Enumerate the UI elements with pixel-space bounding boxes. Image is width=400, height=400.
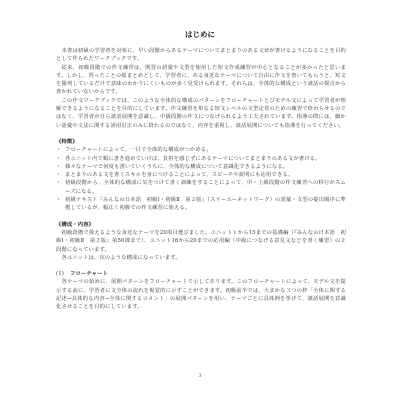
feature-item: 各ユニット内で順に書き進めていけば、負担を感じずにあるテーマについてまとまりのあ… xyxy=(56,155,346,163)
section-1-number: (1) xyxy=(56,270,70,278)
spacer xyxy=(56,130,346,138)
feature-item: フローチャートによって、一目で全体的な構成がつかめる。 xyxy=(56,146,346,154)
section-1-label: フローチャート xyxy=(70,271,108,277)
spacer xyxy=(56,262,346,270)
feature-item: 初級段階から、全体的な構成に気をつけて書く訓練をすることによって、中・上級段階の… xyxy=(56,179,346,196)
document-page: はじめに 本書は初級の学習者を対象に、早い段階からあるテーマについてまとまりのあ… xyxy=(0,0,400,400)
intro-paragraph-1: 本書は初級の学習者を対象に、早い段階からあるテーマについてまとまりのある文章が書… xyxy=(56,47,346,64)
structure-paragraph-1: 初級段階で扱えるような身近なテーマを20項目選びました。ユニット１から15までの… xyxy=(56,229,346,254)
section-1-heading: (1)フローチャート xyxy=(56,270,346,278)
structure-heading: 《構成・内容》 xyxy=(56,221,346,229)
features-list: フローチャートによって、一目で全体的な構成がつかめる。 各ユニット内で順に書き進… xyxy=(56,146,346,212)
feature-item: 様々なテーマで何度も書いていくうちに、全体的な構成について意識化できるようになる… xyxy=(56,163,346,171)
intro-paragraph-3: この作文ワークブックでは、このような全体的な構成のパターンをフローチャートとびモ… xyxy=(56,97,346,130)
page-title: はじめに xyxy=(0,29,400,40)
intro-paragraph-2: 従来、初級段階での作文練習は、既習の語彙や文型を使用した短文作成練習が中心となる… xyxy=(56,64,346,97)
feature-item: 初級テキスト『みんなの日本語 初級Ⅰ・初級Ⅱ 第２版』（スリーエーネットワーク）… xyxy=(56,196,346,213)
section-1-paragraph: 各テーマの始めに、展開パターンをフローチャートで示してあります。このフローチャー… xyxy=(56,278,346,311)
features-heading: 《特徴》 xyxy=(56,138,346,146)
feature-item: まとまりのある文を書くスキルを身につけることによって、スピーチや説明にも応用でき… xyxy=(56,171,346,179)
spacer xyxy=(56,213,346,221)
structure-paragraph-2: 各ユニットは、次のような構成になっています。 xyxy=(56,254,346,262)
page-number: 3 xyxy=(0,373,400,379)
document-body: 本書は初級の学習者を対象に、早い段階からあるテーマについてまとまりのある文章が書… xyxy=(56,47,346,312)
